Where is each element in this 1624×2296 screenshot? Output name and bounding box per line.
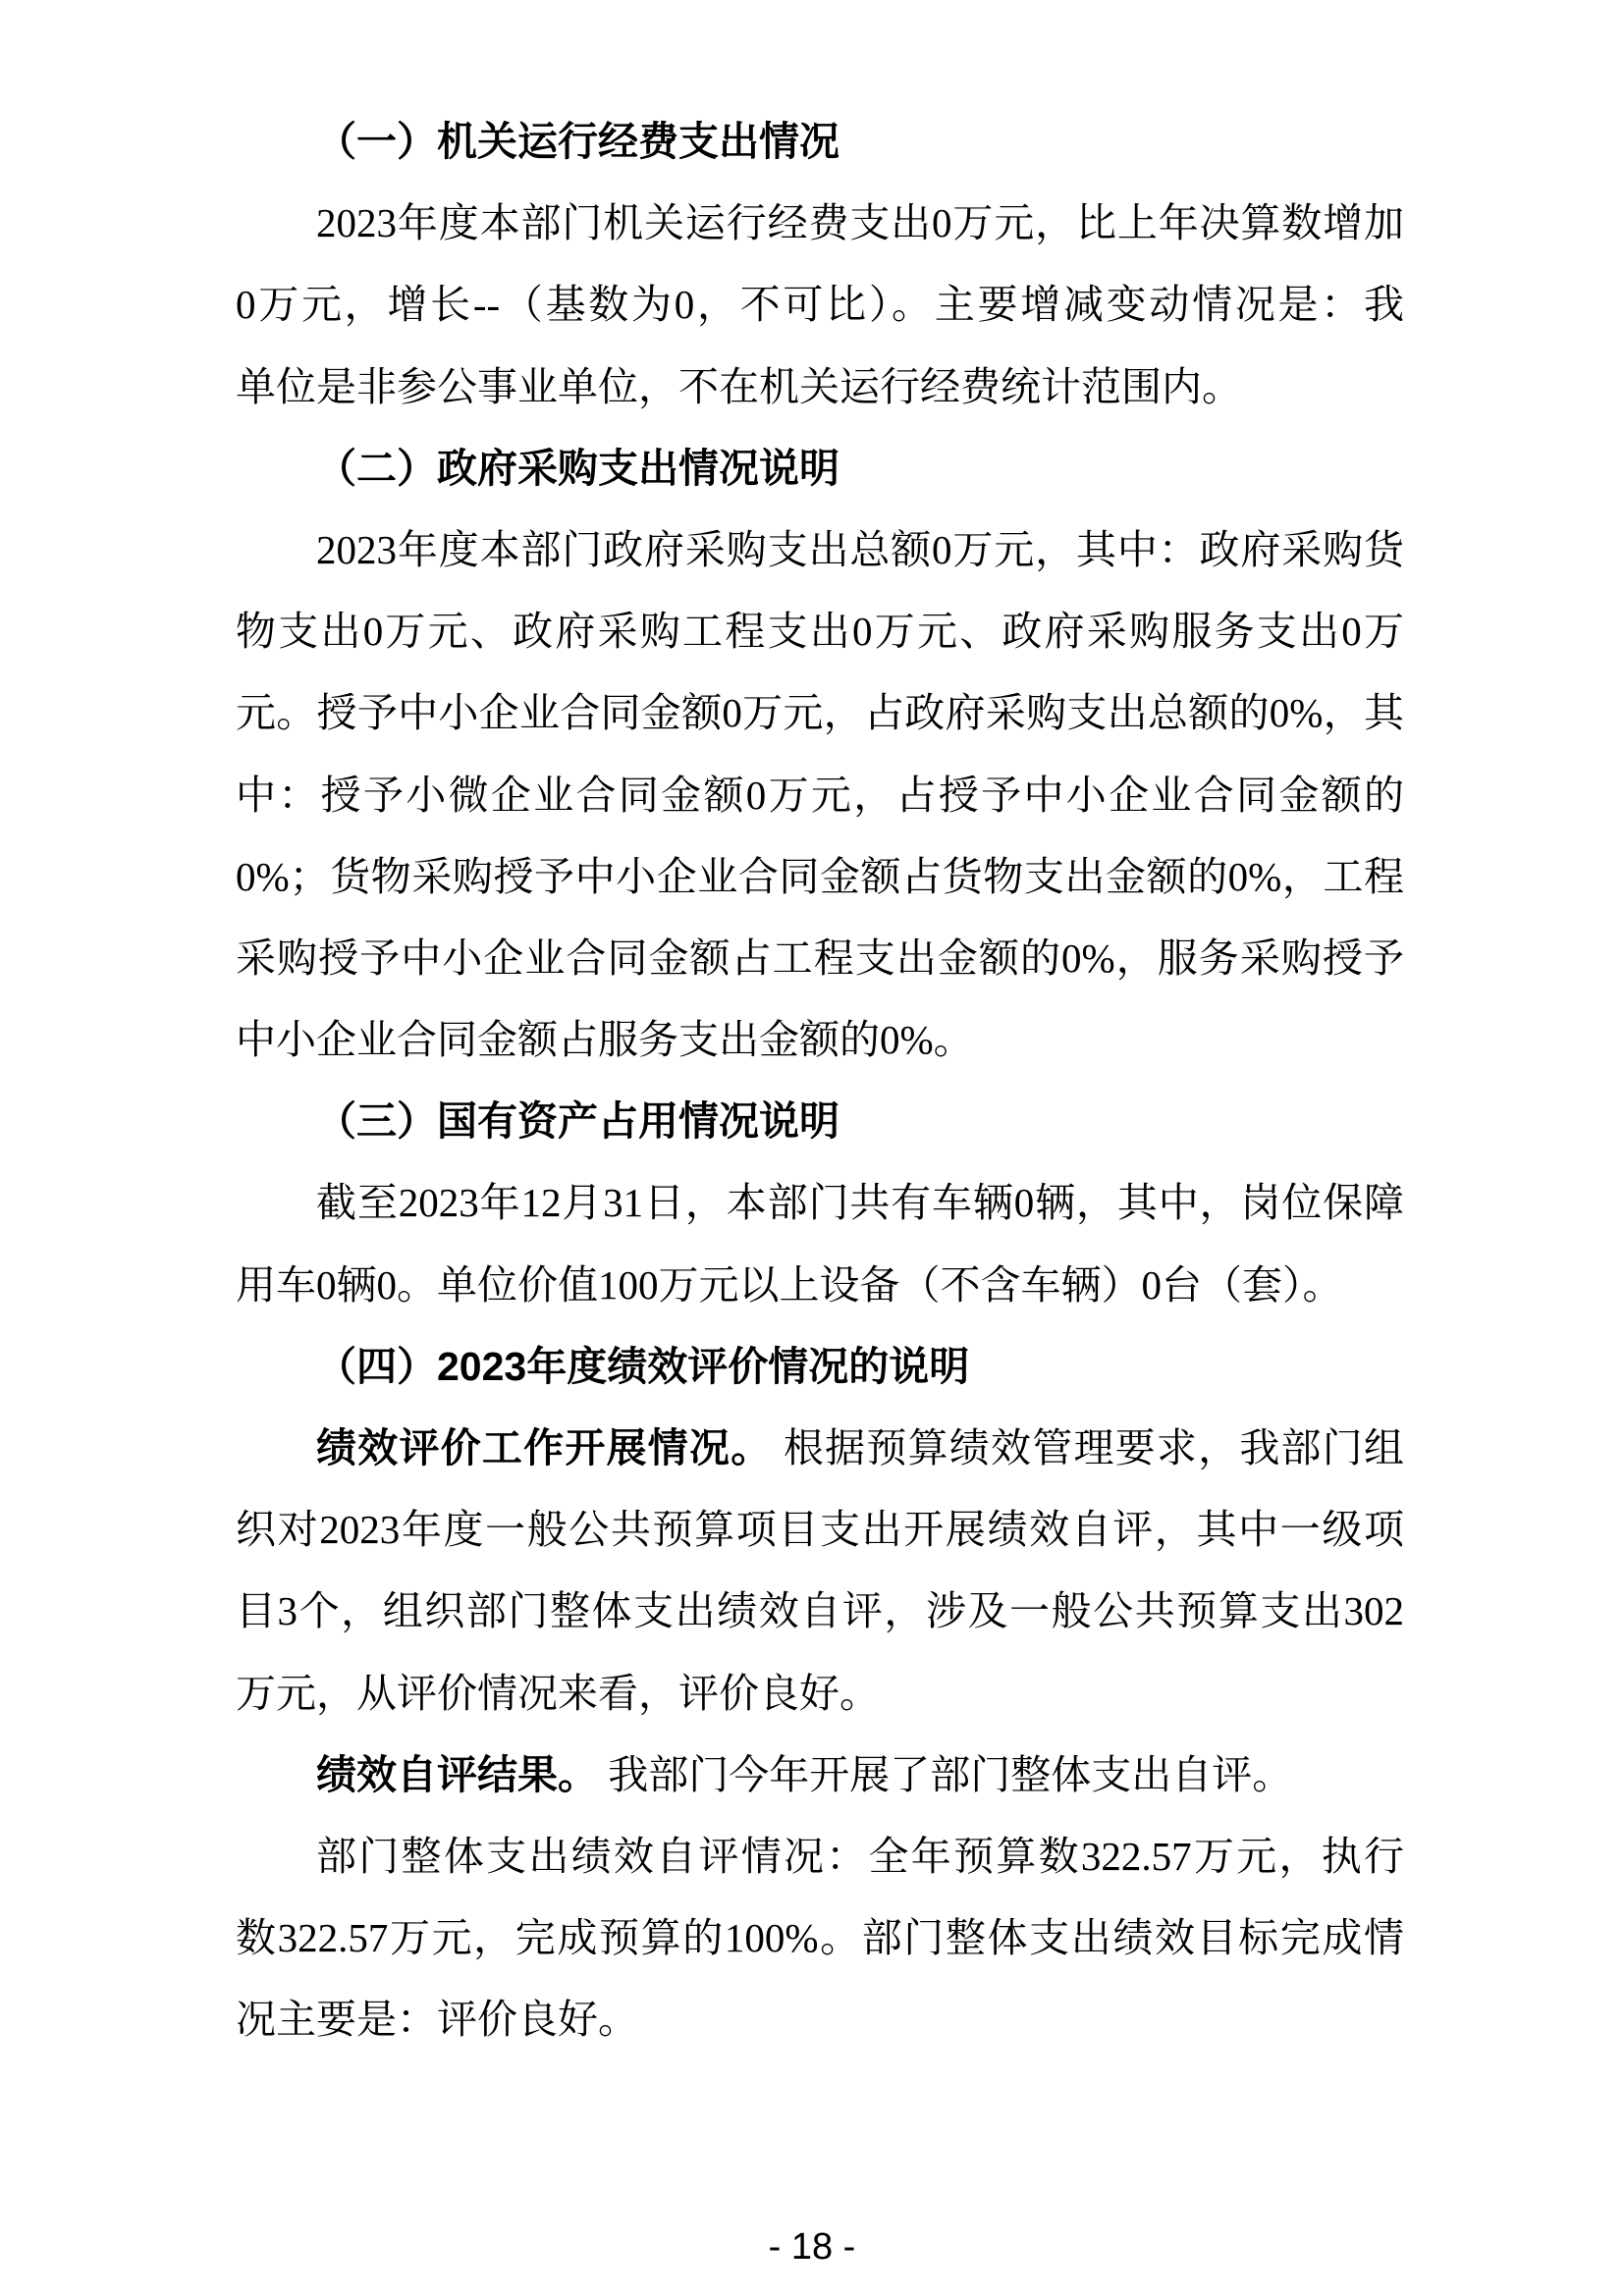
text-line: 织对2023年度一般公共预算项目支出开展绩效自评，其中一级项 xyxy=(236,1489,1404,1571)
text-line: 中：授予小微企业合同金额0万元，占授予中小企业合同金额的 xyxy=(236,755,1404,836)
text-line: 中小企业合同金额占服务支出金额的0%。 xyxy=(236,999,1404,1081)
text-line: 数322.57万元，完成预算的100%。部门整体支出绩效目标完成情 xyxy=(236,1897,1404,1979)
text-line: 物支出0万元、政府采购工程支出0万元、政府采购服务支出0万 xyxy=(236,591,1404,672)
report-body: （一）机关运行经费支出情况 2023年度本部门机关运行经费支出0万元，比上年决算… xyxy=(236,101,1404,2061)
text-line: 用车0辆0。单位价值100万元以上设备（不含车辆）0台（套）。 xyxy=(236,1245,1404,1326)
text-line: 采购授予中小企业合同金额占工程支出金额的0%，服务采购授予 xyxy=(236,918,1404,999)
text-line: 万元，从评价情况来看，评价良好。 xyxy=(236,1653,1404,1735)
text-line: 目3个，组织部门整体支出绩效自评，涉及一般公共预算支出302 xyxy=(236,1571,1404,1652)
text-line: 况主要是：评价良好。 xyxy=(236,1979,1404,2060)
text-line: 绩效自评结果。 我部门今年开展了部门整体支出自评。 xyxy=(236,1735,1404,1816)
text-line: 截至2023年12月31日，本部门共有车辆0辆，其中，岗位保障 xyxy=(236,1162,1404,1244)
text-line: 2023年度本部门政府采购支出总额0万元，其中：政府采购货 xyxy=(236,509,1404,591)
section-1-heading: （一）机关运行经费支出情况 xyxy=(236,101,1404,183)
text-run: 根据预算绩效管理要求，我部门组 xyxy=(772,1425,1404,1470)
document-page: （一）机关运行经费支出情况 2023年度本部门机关运行经费支出0万元，比上年决算… xyxy=(0,0,1624,2296)
text-line: 0万元，增长--（基数为0，不可比）。主要增减变动情况是：我 xyxy=(236,264,1404,346)
text-line: 2023年度本部门机关运行经费支出0万元，比上年决算数增加 xyxy=(236,183,1404,264)
bold-run: 绩效评价工作开展情况。 xyxy=(316,1425,772,1470)
text-line: 元。授予中小企业合同金额0万元，占政府采购支出总额的0%，其 xyxy=(236,672,1404,754)
text-run: 我部门今年开展了部门整体支出自评。 xyxy=(598,1752,1292,1797)
page-number: - 18 - xyxy=(0,2224,1624,2269)
text-line: 绩效评价工作开展情况。 根据预算绩效管理要求，我部门组 xyxy=(236,1408,1404,1489)
bold-run: 绩效自评结果。 xyxy=(316,1752,598,1797)
text-line: 单位是非参公事业单位，不在机关运行经费统计范围内。 xyxy=(236,347,1404,428)
text-line: 部门整体支出绩效自评情况：全年预算数322.57万元，执行 xyxy=(236,1816,1404,1897)
section-2-heading: （二）政府采购支出情况说明 xyxy=(236,428,1404,509)
section-4-heading: （四）2023年度绩效评价情况的说明 xyxy=(236,1326,1404,1408)
text-line: 0%；货物采购授予中小企业合同金额占货物支出金额的0%，工程 xyxy=(236,836,1404,918)
section-3-heading: （三）国有资产占用情况说明 xyxy=(236,1081,1404,1162)
